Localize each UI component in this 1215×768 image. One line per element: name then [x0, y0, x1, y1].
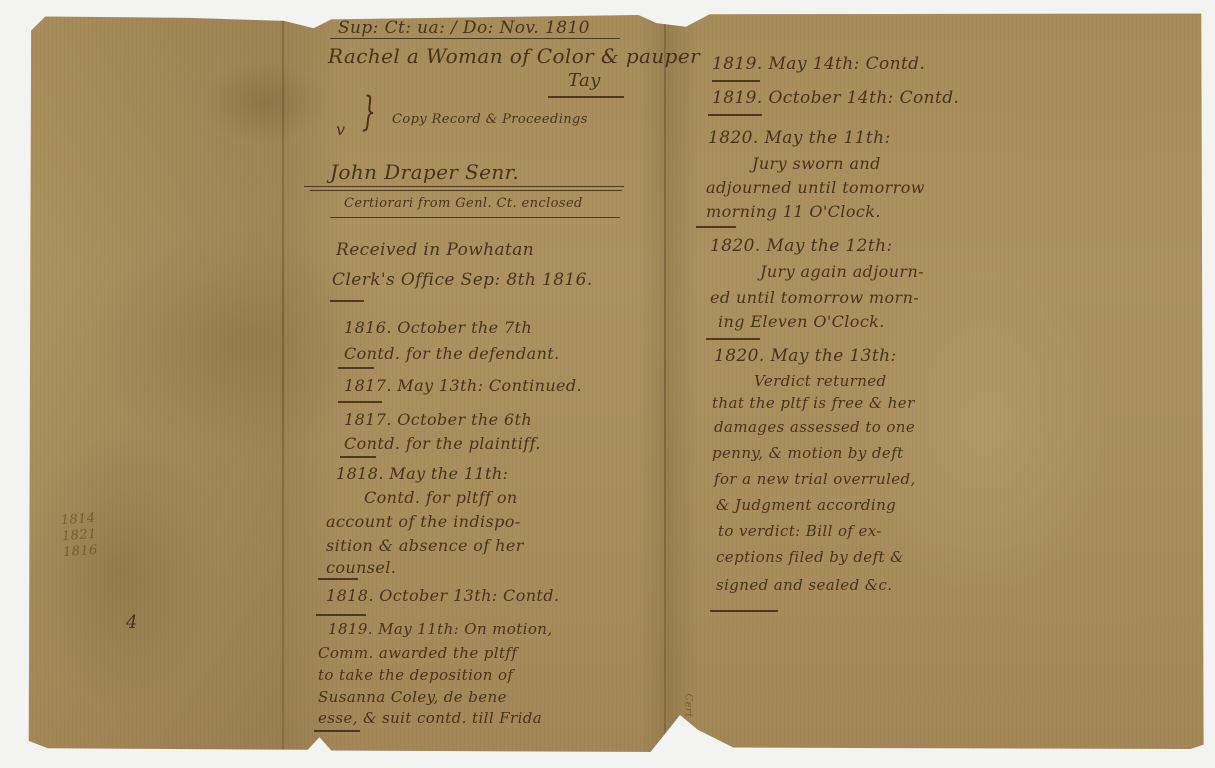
- underline: [340, 456, 376, 458]
- underline: [310, 190, 622, 191]
- entry-text: penny, & motion by deft: [712, 444, 904, 462]
- margin-mark: 4: [126, 612, 138, 633]
- entry-date: 1820. May the 12th:: [710, 236, 893, 256]
- received-line: Received in Powhatan: [336, 240, 534, 260]
- underline: [304, 186, 624, 187]
- underline: [706, 338, 760, 340]
- bottom-fold-note: Cert: [682, 694, 693, 718]
- entry-text: Contd. for the plaintiff.: [344, 434, 541, 453]
- underline: [316, 614, 366, 616]
- underline: [330, 38, 620, 39]
- underline: [338, 367, 374, 369]
- entry-text: for a new trial overruled,: [714, 470, 916, 488]
- entry-date: 1820. May the 11th:: [708, 128, 891, 148]
- entry-text: Jury sworn and: [752, 154, 881, 173]
- fold-line-center: [664, 12, 666, 752]
- entry-date: 1817. October the 6th: [344, 410, 532, 429]
- entry-date: 1818. May the 11th:: [336, 464, 508, 483]
- entry-text: Contd. for the defendant.: [344, 344, 560, 363]
- entry-date: 1817. May 13th: Continued.: [344, 376, 582, 395]
- underline: [330, 217, 620, 218]
- underline: [318, 578, 358, 580]
- entry-text: Comm. awarded the pltff: [318, 644, 517, 662]
- fold-line-left: [282, 12, 284, 752]
- entry-text: signed and sealed &c.: [716, 576, 892, 594]
- entry-text: morning 11 O'Clock.: [706, 202, 881, 221]
- received-line: Clerk's Office Sep: 8th 1816.: [332, 270, 593, 290]
- entry-date: 1819. May 11th: On motion,: [328, 620, 553, 638]
- defendant-name: John Draper Senr.: [330, 160, 519, 184]
- entry-text: Contd. for pltff on: [364, 488, 518, 507]
- plaintiff-suffix: Tay: [568, 70, 601, 91]
- underline: [314, 730, 360, 732]
- entry-text: & Judgment according: [716, 496, 896, 514]
- entry-date: 1820. May the 13th:: [714, 346, 897, 366]
- entry-text: counsel.: [326, 558, 396, 577]
- brace-mark: }: [362, 92, 376, 132]
- underline: [708, 114, 762, 116]
- entry-text: sition & absence of her: [326, 536, 524, 555]
- aged-paper-sheet: [24, 12, 1206, 752]
- entry-date: 1816. October the 7th: [344, 318, 532, 337]
- entry-date: 1819. October 14th: Contd.: [712, 88, 959, 108]
- underline: [712, 80, 760, 82]
- certiorari-note: Certiorari from Genl. Ct. enclosed: [344, 196, 583, 211]
- entry-text: ed until tomorrow morn-: [710, 288, 919, 307]
- margin-pencil-notes: 1814 1821 1816: [60, 511, 98, 561]
- entry-date: 1818. October 13th: Contd.: [326, 586, 559, 605]
- underline: [330, 300, 364, 302]
- margin-note-line: 1816: [63, 543, 99, 561]
- entry-date: 1819. May 14th: Contd.: [712, 54, 925, 74]
- underline: [338, 401, 382, 403]
- underline: [548, 96, 624, 98]
- doc-title: Copy Record & Proceedings: [392, 112, 588, 127]
- entry-text: that the pltf is free & her: [712, 394, 915, 412]
- document-scan: 1814 1821 1816 4 Cert Sup: Ct: ua: / Do:…: [0, 0, 1215, 768]
- underline: [710, 610, 778, 612]
- entry-text: Verdict returned: [754, 372, 887, 390]
- versus-mark: v: [336, 120, 345, 139]
- court-line: Sup: Ct: ua: / Do: Nov. 1810: [338, 18, 590, 38]
- entry-text: to take the deposition of: [318, 666, 513, 684]
- entry-text: esse, & suit contd. till Frida: [318, 709, 542, 727]
- entry-text: Susanna Coley, de bene: [318, 688, 507, 706]
- entry-text: account of the indispo-: [326, 512, 521, 531]
- entry-text: ing Eleven O'Clock.: [718, 312, 885, 331]
- entry-text: damages assessed to one: [714, 418, 915, 436]
- entry-text: to verdict: Bill of ex-: [718, 522, 882, 540]
- entry-text: ceptions filed by deft &: [716, 548, 904, 566]
- underline: [696, 226, 736, 228]
- entry-text: Jury again adjourn-: [760, 262, 924, 281]
- entry-text: adjourned until tomorrow: [706, 178, 925, 197]
- plaintiff-line: Rachel a Woman of Color & pauper: [328, 44, 700, 68]
